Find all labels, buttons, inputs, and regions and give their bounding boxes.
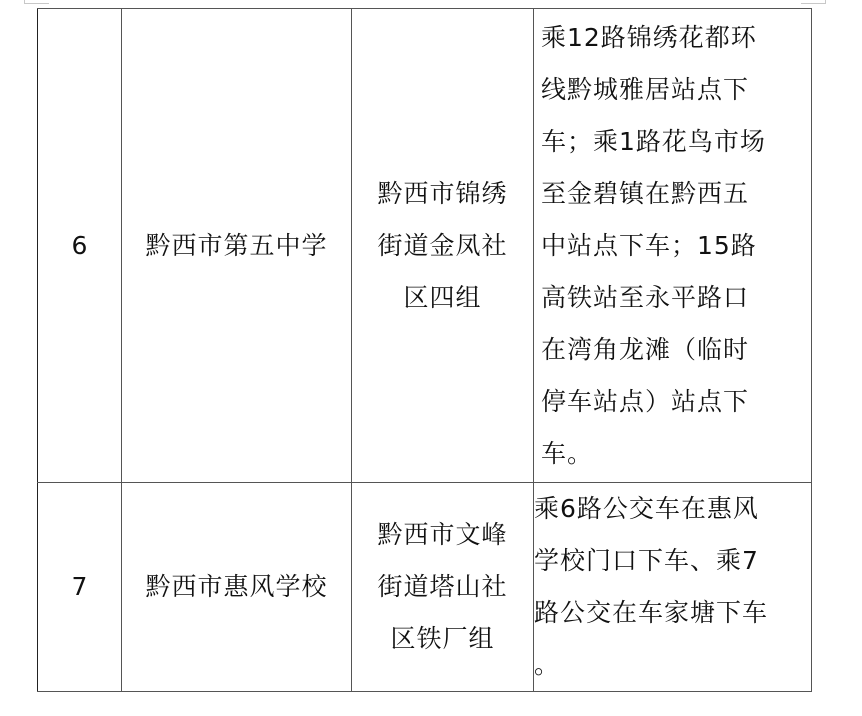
route-line: 车。	[541, 428, 811, 480]
page-corner-mark-right	[801, 0, 826, 4]
address-line: 街道金凤社	[352, 220, 533, 272]
route-line: 。	[534, 639, 811, 691]
table-row: 6 黔西市第五中学 黔西市锦绣 街道金凤社 区四组 乘12路锦绣花都环 线黔城雅…	[38, 9, 812, 483]
route-line: 停车站点）站点下	[541, 376, 811, 428]
route-line: 乘6路公交车在惠风	[534, 483, 811, 535]
route-line: 车；乘1路花鸟市场	[541, 116, 811, 168]
school-name: 黔西市第五中学	[122, 9, 352, 483]
route-line: 高铁站至永平路口	[541, 272, 811, 324]
school-address: 黔西市文峰 街道塔山社 区铁厂组	[352, 483, 534, 692]
address-line: 街道塔山社	[352, 561, 533, 613]
table-row: 7 黔西市惠风学校 黔西市文峰 街道塔山社 区铁厂组 乘6路公交车在惠风 学校门…	[38, 483, 812, 692]
row-number: 6	[38, 9, 122, 483]
address-line: 区四组	[352, 272, 533, 324]
route-line: 中站点下车；15路	[541, 220, 811, 272]
address-line: 黔西市锦绣	[352, 168, 533, 220]
route-line: 路公交在车家塘下车	[534, 587, 811, 639]
row-number: 7	[38, 483, 122, 692]
page-corner-mark-left	[24, 0, 49, 4]
school-bus-route-table: 6 黔西市第五中学 黔西市锦绣 街道金凤社 区四组 乘12路锦绣花都环 线黔城雅…	[37, 8, 812, 692]
bus-route-info: 乘12路锦绣花都环 线黔城雅居站点下 车；乘1路花鸟市场 至金碧镇在黔西五 中站…	[534, 9, 812, 483]
bus-route-info: 乘6路公交车在惠风 学校门口下车、乘7 路公交在车家塘下车 。	[534, 483, 812, 692]
route-line: 至金碧镇在黔西五	[541, 168, 811, 220]
route-line: 线黔城雅居站点下	[541, 64, 811, 116]
address-line: 黔西市文峰	[352, 509, 533, 561]
route-line: 学校门口下车、乘7	[534, 535, 811, 587]
school-address: 黔西市锦绣 街道金凤社 区四组	[352, 9, 534, 483]
school-name: 黔西市惠风学校	[122, 483, 352, 692]
route-line: 在湾角龙滩（临时	[541, 324, 811, 376]
address-line: 区铁厂组	[352, 613, 533, 665]
route-line: 乘12路锦绣花都环	[541, 12, 811, 64]
